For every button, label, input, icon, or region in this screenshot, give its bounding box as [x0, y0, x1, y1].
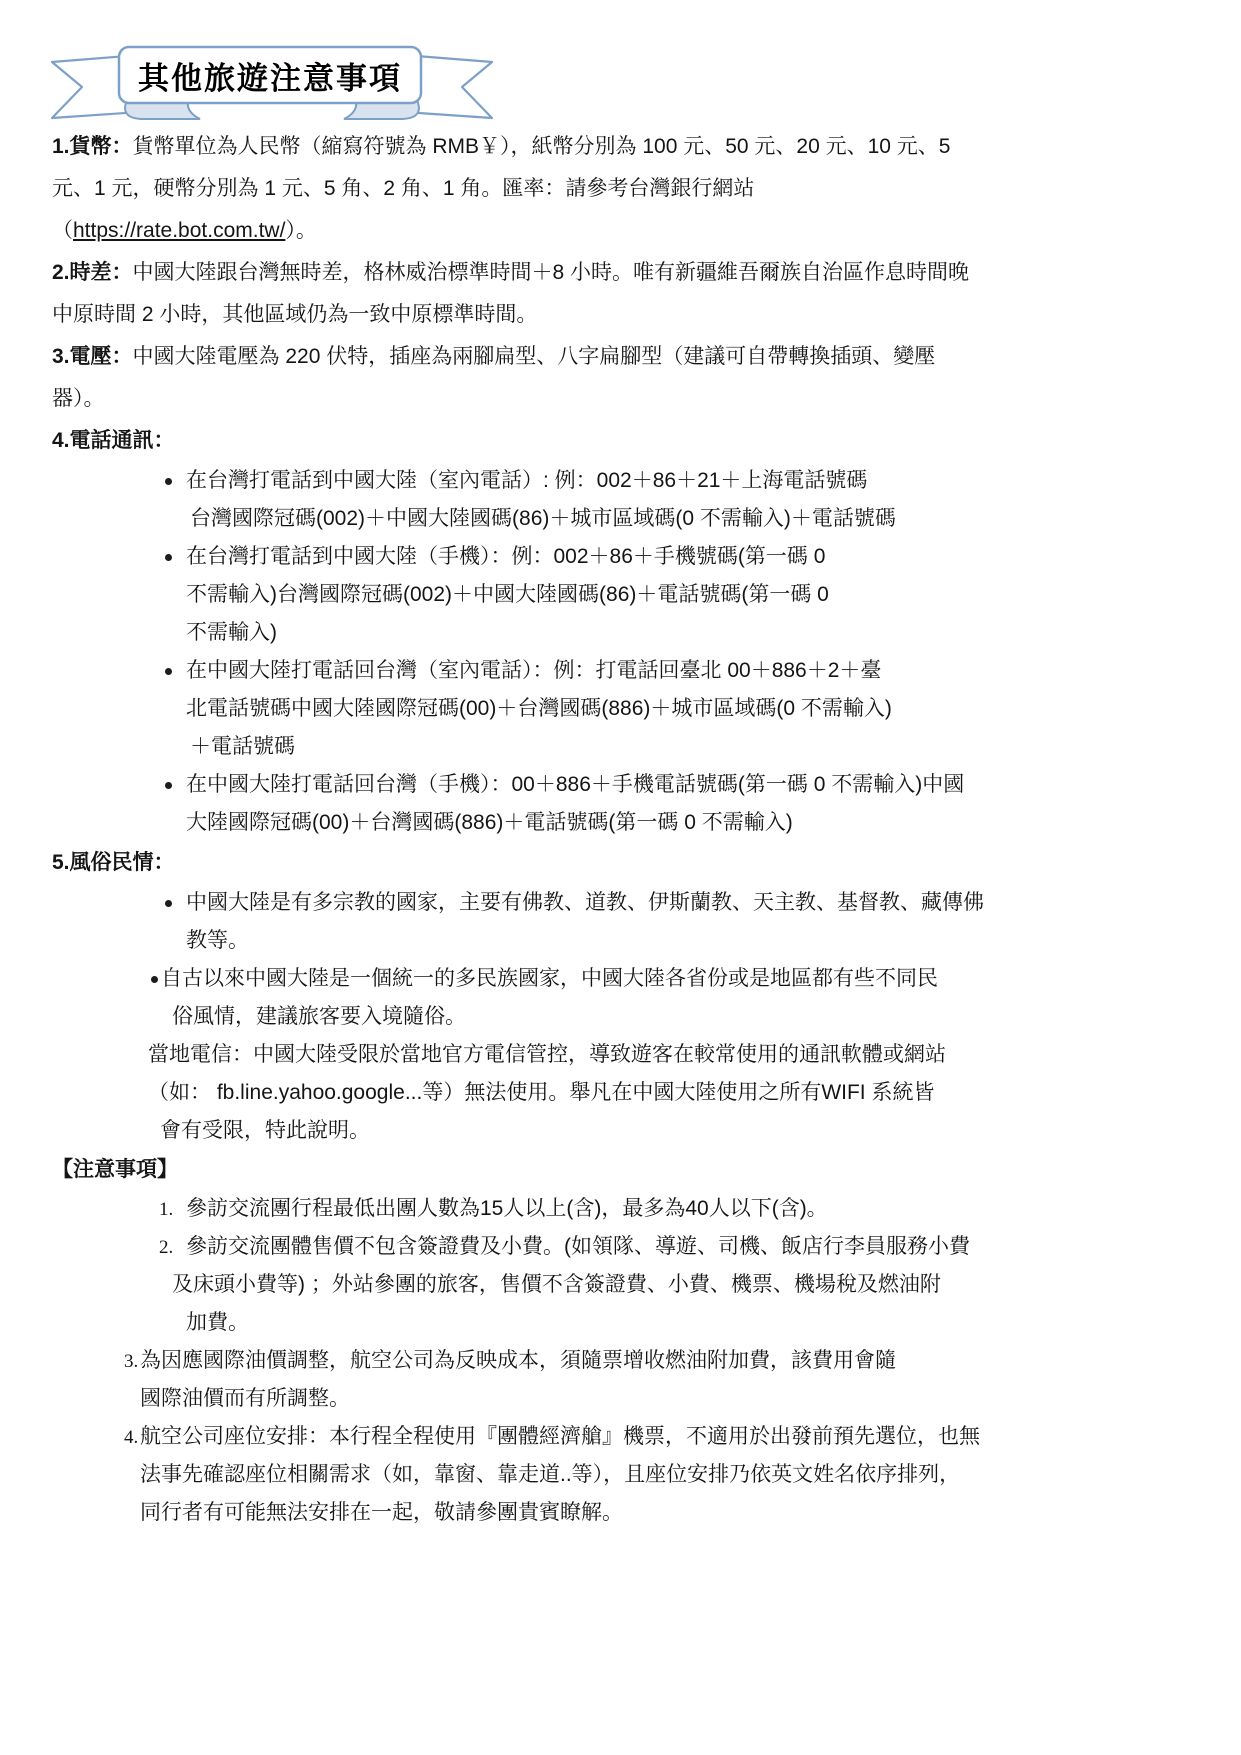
- telecom-bullet-text: 在台灣打電話到中國大陸（手機）：例：002＋86＋手機號碼(第一碼 0: [186, 545, 825, 568]
- section-currency-label: 1.貨幣：: [52, 135, 133, 158]
- list-number: 1.: [159, 1191, 173, 1229]
- section-currency-text: 貨幣單位為人民幣（縮寫符號為 RMB￥），紙幣分別為 100 元、50 元、20…: [133, 135, 951, 158]
- customs-bullet-text: 自古以來中國大陸是一個統一的多民族國家，中國大陸各省份或是地區都有些不同民: [161, 967, 938, 990]
- section-customs-heading: 5.風俗民情：: [52, 842, 1201, 884]
- notice-list: 1.參訪交流團行程最低出團人數為15人以上(含)，最多為40人以下(含)。 2.…: [52, 1190, 1201, 1532]
- bullet-icon: [165, 900, 172, 907]
- telecom-bullet-text: ＋電話號碼: [52, 728, 1201, 766]
- page-title: 其他旅遊注意事項: [120, 49, 420, 101]
- telecom-bullet-text: 在中國大陸打電話回台灣（手機）：00＋886＋手機電話號碼(第一碼 0 不需輸入…: [186, 773, 964, 796]
- bullet-icon: [165, 782, 172, 789]
- notice-item-text: 法事先確認座位相關需求（如，靠窗、靠走道..等），且座位安排乃依英文姓名依序排列…: [52, 1456, 1201, 1494]
- customs-bullet-text: 教等。: [52, 922, 1201, 960]
- telecom-bullet-text: 不需輸入): [52, 614, 1201, 652]
- exchange-rate-link[interactable]: https://rate.bot.com.tw/: [73, 219, 285, 242]
- section-currency: 1.貨幣：貨幣單位為人民幣（縮寫符號為 RMB￥），紙幣分別為 100 元、50…: [52, 126, 1201, 252]
- section-voltage-text: 中國大陸電壓為 220 伏特，插座為兩腳扁型、八字扁腳型（建議可自帶轉換插頭、變…: [133, 345, 936, 368]
- list-number: 4.: [124, 1419, 138, 1457]
- section-timezone: 2.時差：中國大陸跟台灣無時差，格林威治標準時間＋8 小時。唯有新疆維吾爾族自治…: [52, 252, 1201, 336]
- section-currency-text: 元、1 元，硬幣分別為 1 元、5 角、2 角、1 角。匯率：請參考台灣銀行網站: [52, 168, 1201, 210]
- section-voltage-text: 器）。: [52, 378, 1201, 420]
- notice-heading: 【注意事項】: [52, 1150, 1201, 1190]
- local-telecom-note: 會有受限，特此說明。: [52, 1112, 1201, 1150]
- customs-bullet-text: 俗風情，建議旅客要入境隨俗。: [52, 998, 1201, 1036]
- section-telecom-heading: 4.電話通訊：: [52, 420, 1201, 462]
- document-page: 其他旅遊注意事項 1.貨幣：貨幣單位為人民幣（縮寫符號為 RMB￥），紙幣分別為…: [0, 0, 1241, 1755]
- title-banner: 其他旅遊注意事項: [48, 38, 496, 122]
- telecom-bullet-text: 大陸國際冠碼(00)＋台灣國碼(886)＋電話號碼(第一碼 0 不需輸入): [52, 804, 1201, 842]
- paren-open: （: [52, 219, 73, 242]
- local-telecom-note: （如： fb.line.yahoo.google...等）無法使用。舉凡在中國大…: [52, 1074, 1201, 1112]
- telecom-bullet-text: 在台灣打電話到中國大陸（室內電話）: 例：002＋86＋21＋上海電話號碼: [186, 469, 867, 492]
- notice-item-text: 參訪交流團行程最低出團人數為15人以上(含)，最多為40人以下(含)。: [186, 1197, 828, 1220]
- telecom-bullet-text: 北電話號碼中國大陸國際冠碼(00)＋台灣國碼(886)＋城市區域碼(0 不需輸入…: [52, 690, 1201, 728]
- notice-item-text: 同行者有可能無法安排在一起，敬請參團貴賓瞭解。: [52, 1494, 1201, 1532]
- bullet-icon: [165, 554, 172, 561]
- telecom-bullet-text: 不需輸入)台灣國際冠碼(002)＋中國大陸國碼(86)＋電話號碼(第一碼 0: [52, 576, 1201, 614]
- telecom-bullet-text: 在中國大陸打電話回台灣（室內電話）：例：打電話回臺北 00＋886＋2＋臺: [186, 659, 881, 682]
- customs-bullet-list: 中國大陸是有多宗教的國家，主要有佛教、道教、伊斯蘭教、天主教、基督教、藏傳佛 教…: [52, 884, 1201, 1150]
- list-number: 2.: [159, 1229, 173, 1267]
- bullet-icon: [151, 976, 158, 983]
- section-voltage: 3.電壓：中國大陸電壓為 220 伏特，插座為兩腳扁型、八字扁腳型（建議可自帶轉…: [52, 336, 1201, 420]
- bullet-icon: [165, 478, 172, 485]
- section-voltage-label: 3.電壓：: [52, 345, 133, 368]
- bullet-icon: [165, 668, 172, 675]
- notice-item-text: 及床頭小費等) ；外站參團的旅客，售價不含簽證費、小費、機票、機場稅及燃油附: [52, 1266, 1201, 1304]
- section-timezone-text: 中原時間 2 小時，其他區域仍為一致中原標準時間。: [52, 294, 1201, 336]
- local-telecom-note: 當地電信：中國大陸受限於當地官方電信管控，導致遊客在較常使用的通訊軟體或網站: [52, 1036, 1201, 1074]
- notice-item-text: 航空公司座位安排：本行程全程使用『團體經濟艙』機票，不適用於出發前預先選位，也無: [140, 1425, 980, 1448]
- telecom-bullet-list: 在台灣打電話到中國大陸（室內電話）: 例：002＋86＋21＋上海電話號碼 台灣…: [52, 462, 1201, 842]
- notice-item-text: 為因應國際油價調整，航空公司為反映成本，須隨票增收燃油附加費，該費用會隨: [140, 1349, 896, 1372]
- notice-item-text: 國際油價而有所調整。: [52, 1380, 1201, 1418]
- notice-item-text: 參訪交流團體售價不包含簽證費及小費。(如領隊、導遊、司機、飯店行李員服務小費: [186, 1235, 970, 1258]
- section-timezone-text: 中國大陸跟台灣無時差，格林威治標準時間＋8 小時。唯有新疆維吾爾族自治區作息時間…: [133, 261, 970, 284]
- notice-item-text: 加費。: [52, 1304, 1201, 1342]
- paren-close: ）。: [285, 219, 317, 242]
- telecom-bullet-text: 台灣國際冠碼(002)＋中國大陸國碼(86)＋城市區域碼(0 不需輸入)＋電話號…: [52, 500, 1201, 538]
- customs-bullet-text: 中國大陸是有多宗教的國家，主要有佛教、道教、伊斯蘭教、天主教、基督教、藏傳佛: [186, 891, 984, 914]
- list-number: 3.: [124, 1343, 138, 1381]
- section-timezone-label: 2.時差：: [52, 261, 133, 284]
